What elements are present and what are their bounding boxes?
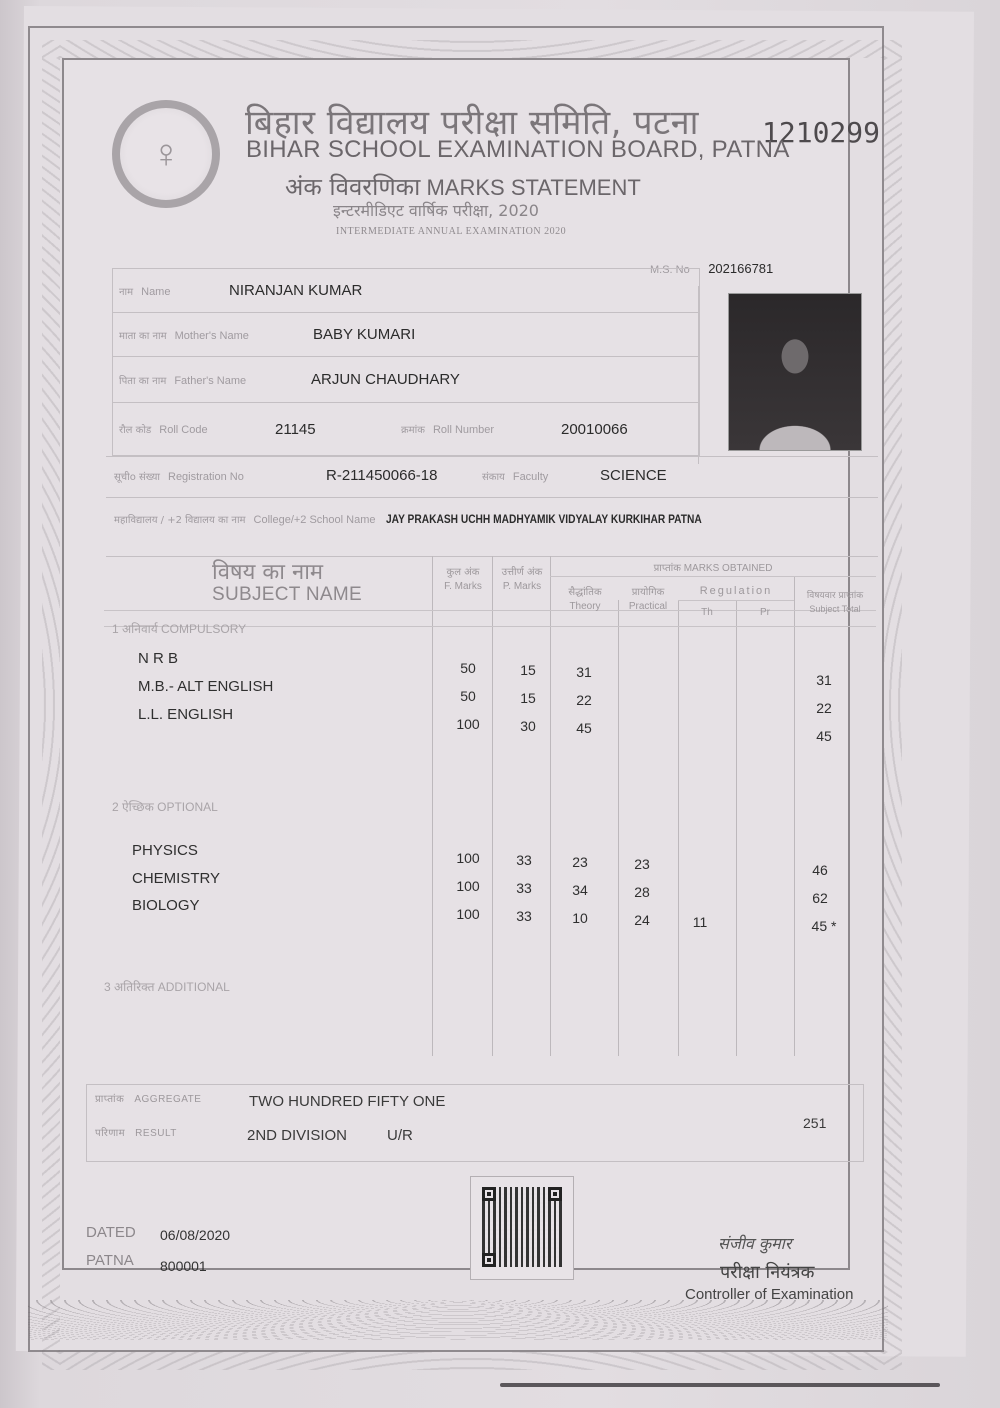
practical-header: प्रायोगिकPractical xyxy=(618,586,678,614)
theory-marks: 10 xyxy=(560,910,600,926)
subject-total: 46 xyxy=(800,862,840,878)
result-division: 2ND DIVISION xyxy=(247,1127,347,1144)
subject-name: M.B.- ALT ENGLISH xyxy=(138,678,273,695)
name-row: नामName NIRANJAN KUMAR xyxy=(113,269,699,313)
full-marks: 100 xyxy=(448,878,488,894)
regulation-pr-header: Pr xyxy=(736,606,794,620)
full-marks: 100 xyxy=(448,906,488,922)
subject-total: 45 xyxy=(804,728,844,744)
decorative-bottom-band xyxy=(28,1300,888,1340)
pass-marks: 33 xyxy=(504,908,544,924)
result-label: परिणामRESULT xyxy=(95,1125,177,1139)
qr-finder-icon xyxy=(482,1187,496,1201)
mother-name-label: माता का नामMother's Name xyxy=(119,328,313,342)
aggregate-label: प्राप्तांकAGGREGATE xyxy=(95,1091,201,1105)
dated-value: 06/08/2020 xyxy=(160,1227,230,1243)
subject-name: CHEMISTRY xyxy=(132,870,220,887)
aggregate-result-box: प्राप्तांकAGGREGATE TWO HUNDRED FIFTY ON… xyxy=(86,1084,864,1162)
student-photo xyxy=(728,293,862,451)
marks-obtained-header: प्राप्तांक MARKS OBTAINED xyxy=(550,562,876,576)
school-label: महाविद्यालय / +2 विद्यालय का नामCollege/… xyxy=(114,512,376,526)
full-marks: 50 xyxy=(448,688,488,704)
subject-name: BIOLOGY xyxy=(132,897,200,914)
roll-code-label: रौल कोडRoll Code xyxy=(119,422,275,436)
practical-marks: 23 xyxy=(622,856,662,872)
qr-code[interactable] xyxy=(470,1176,574,1280)
exam-name-english: INTERMEDIATE ANNUAL EXAMINATION 2020 xyxy=(336,226,566,237)
regulation-th-header: Th xyxy=(678,606,736,620)
theory-marks: 23 xyxy=(560,854,600,870)
roll-number-value: 20010066 xyxy=(561,421,628,438)
controller-title-hindi: परीक्षा नियंत्रक xyxy=(720,1260,814,1284)
registration-number: R-211450066-18 xyxy=(326,467,482,484)
controller-title-english: Controller of Examination xyxy=(685,1286,853,1303)
theory-marks: 45 xyxy=(564,720,604,736)
mother-name: BABY KUMARI xyxy=(313,326,415,343)
theory-marks: 31 xyxy=(564,664,604,680)
student-name: NIRANJAN KUMAR xyxy=(229,282,362,299)
section-additional: 3 अतिरिक्त ADDITIONAL xyxy=(104,978,230,995)
faculty-label: संकायFaculty xyxy=(482,469,600,483)
theory-header: सैद्धांतिकTheory xyxy=(552,586,618,614)
mother-row: माता का नामMother's Name BABY KUMARI xyxy=(113,313,699,357)
subject-name: PHYSICS xyxy=(132,842,198,859)
pass-marks: 30 xyxy=(508,718,548,734)
theory-marks: 34 xyxy=(560,882,600,898)
subject-name: N R B xyxy=(138,650,178,667)
roll-number-label: क्रमांकRoll Number xyxy=(401,422,561,436)
roll-code-value: 21145 xyxy=(275,421,401,438)
regulation-header: Regulation xyxy=(678,584,794,599)
father-name: ARJUN CHAUDHARY xyxy=(311,371,460,388)
name-label: नामName xyxy=(119,284,229,298)
subject-total: 62 xyxy=(800,890,840,906)
exam-name-hindi: इन्टरमीडिएट वार्षिक परीक्षा, 2020 xyxy=(333,199,539,221)
full-marks: 50 xyxy=(448,660,488,676)
statement-title-hindi: अंक विवरणिका xyxy=(285,173,420,201)
school-name: JAY PRAKASH UCHH MADHYAMIK VIDYALAY KURK… xyxy=(386,512,702,526)
ms-number-value: 202166781 xyxy=(708,261,773,276)
faculty-value: SCIENCE xyxy=(600,467,667,484)
pass-marks-header: उत्तीर्ण अंकP. Marks xyxy=(494,566,550,594)
subject-name: L.L. ENGLISH xyxy=(138,706,233,723)
pass-marks: 15 xyxy=(508,690,548,706)
marks-table: विषय का नाम SUBJECT NAME कुल अंकF. Marks… xyxy=(104,556,876,1086)
regulation-theory-marks: 11 xyxy=(680,914,720,930)
full-marks: 100 xyxy=(448,850,488,866)
controller-signature: संजीव कुमार xyxy=(718,1232,791,1254)
theory-marks: 22 xyxy=(564,692,604,708)
board-seal-logo-icon: ♀ xyxy=(112,100,220,208)
section-compulsory: 1 अनिवार्य COMPULSORY xyxy=(112,620,246,637)
qr-finder-icon xyxy=(482,1253,496,1267)
subject-total-header: विषयवार प्राप्तांकSubject Total xyxy=(794,590,876,615)
full-marks: 100 xyxy=(448,716,488,732)
registration-label: सूचीo संख्याRegistration No xyxy=(114,469,326,483)
practical-marks: 28 xyxy=(622,884,662,900)
student-info-box: नामName NIRANJAN KUMAR माता का नामMother… xyxy=(112,268,700,456)
result-remark: U/R xyxy=(387,1127,413,1144)
full-marks-header: कुल अंकF. Marks xyxy=(434,566,492,594)
pass-marks: 15 xyxy=(508,662,548,678)
subject-header-english: SUBJECT NAME xyxy=(212,584,362,606)
subject-header-hindi: विषय का नाम xyxy=(212,556,323,586)
section-optional: 2 ऐच्छिक OPTIONAL xyxy=(112,798,218,815)
paper-edge-shadow xyxy=(500,1383,940,1387)
place-label: PATNA xyxy=(86,1252,134,1269)
pass-marks: 33 xyxy=(504,852,544,868)
subject-total: 45 * xyxy=(804,918,844,934)
statement-title-english: MARKS STATEMENT xyxy=(426,175,640,200)
registration-row: सूचीo संख्याRegistration No R-211450066-… xyxy=(106,456,878,498)
father-row: पिता का नामFather's Name ARJUN CHAUDHARY xyxy=(113,357,699,403)
dated-label: DATED xyxy=(86,1224,136,1241)
subject-total: 22 xyxy=(804,700,844,716)
roll-row: रौल कोडRoll Code 21145 क्रमांकRoll Numbe… xyxy=(113,403,699,455)
subject-total: 31 xyxy=(804,672,844,688)
place-value: 800001 xyxy=(160,1258,207,1274)
pass-marks: 33 xyxy=(504,880,544,896)
aggregate-in-words: TWO HUNDRED FIFTY ONE xyxy=(249,1093,445,1110)
school-row: महाविद्यालय / +2 विद्यालय का नामCollege/… xyxy=(106,496,878,557)
practical-marks: 24 xyxy=(622,912,662,928)
father-name-label: पिता का नामFather's Name xyxy=(119,373,311,387)
aggregate-total: 251 xyxy=(803,1115,826,1131)
board-name-english: BIHAR SCHOOL EXAMINATION BOARD, PATNA xyxy=(246,136,790,164)
qr-finder-icon xyxy=(548,1187,562,1201)
